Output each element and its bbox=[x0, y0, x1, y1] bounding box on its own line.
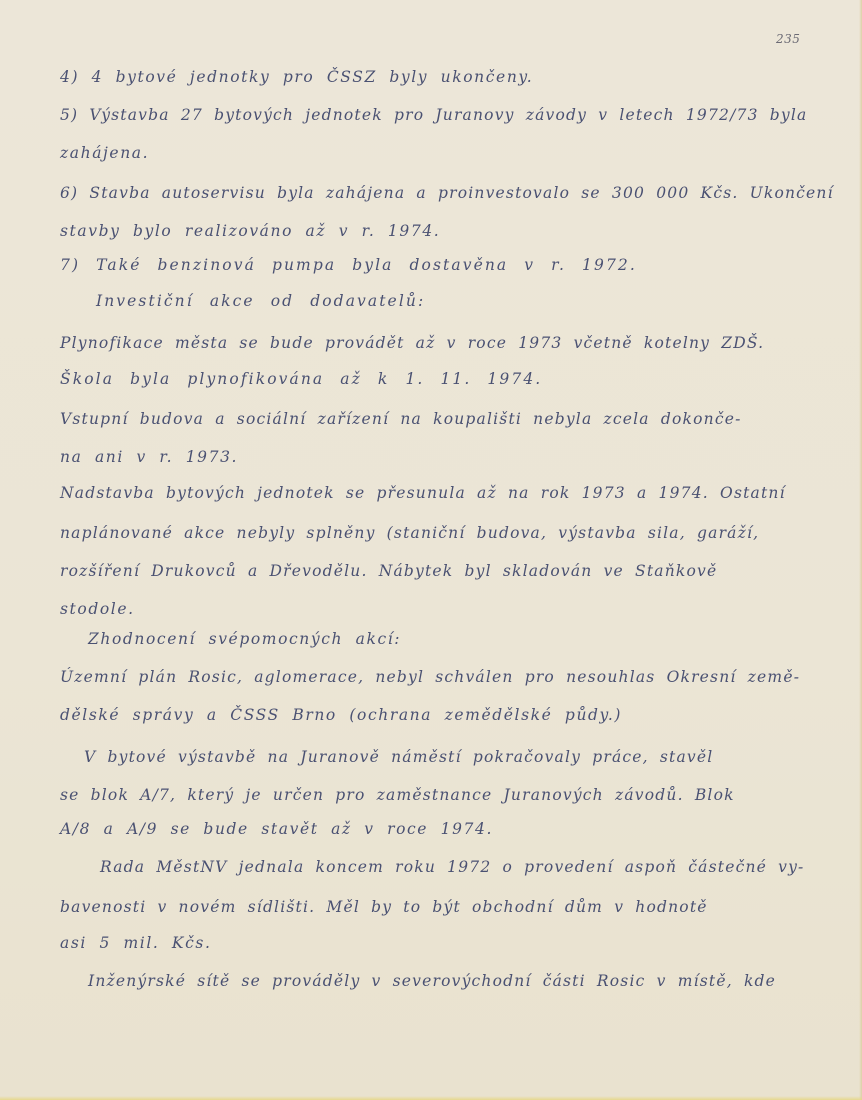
chronicle-page: 235 4) 4 bytové jednotky pro ČSSZ byly u… bbox=[0, 0, 862, 1100]
page-number: 235 bbox=[776, 32, 800, 46]
text-line: naplánované akce nebyly splněny (staničn… bbox=[60, 524, 759, 542]
text-line: Škola byla plynofikována až k 1. 11. 197… bbox=[60, 370, 542, 388]
section-heading-self-help: Zhodnocení svépomocných akcí: bbox=[88, 630, 401, 648]
text-line: asi 5 mil. Kčs. bbox=[60, 934, 211, 952]
text-line-item-6: 6) Stavba autoservisu byla zahájena a pr… bbox=[60, 184, 834, 202]
text-line-paragraph-start: Inženýrské sítě se prováděly v severovýc… bbox=[88, 972, 776, 990]
text-line: stavby bylo realizováno až v r. 1974. bbox=[60, 222, 440, 240]
text-line: Nadstavba bytových jednotek se přesunula… bbox=[60, 484, 786, 502]
text-line: se blok A/7, který je určen pro zaměstna… bbox=[60, 786, 735, 804]
text-line: Plynofikace města se bude provádět až v … bbox=[60, 334, 764, 352]
text-line: stodole. bbox=[60, 600, 135, 618]
text-line: dělské správy a ČSSS Brno (ochrana zeměd… bbox=[60, 706, 622, 724]
page-edge-bottom bbox=[0, 1096, 862, 1100]
text-line-paragraph-start: Rada MěstNV jednala koncem roku 1972 o p… bbox=[100, 858, 804, 876]
text-line-item-5: 5) Výstavba 27 bytových jednotek pro Jur… bbox=[60, 106, 807, 124]
text-line: zahájena. bbox=[60, 144, 149, 162]
text-line: A/8 a A/9 se bude stavět až v roce 1974. bbox=[60, 820, 493, 838]
text-line: bavenosti v novém sídlišti. Měl by to bý… bbox=[60, 898, 708, 916]
text-line-item-7: 7) Také benzinová pumpa byla dostavěna v… bbox=[60, 256, 637, 274]
text-line: rozšíření Drukovců a Dřevodělu. Nábytek … bbox=[60, 562, 717, 580]
text-line-item-4: 4) 4 bytové jednotky pro ČSSZ byly ukonč… bbox=[60, 68, 533, 86]
section-heading-investment: Investiční akce od dodavatelů: bbox=[96, 292, 425, 310]
text-line: Územní plán Rosic, aglomerace, nebyl sch… bbox=[60, 668, 800, 686]
text-line: Vstupní budova a sociální zařízení na ko… bbox=[60, 410, 742, 428]
text-line: na ani v r. 1973. bbox=[60, 448, 238, 466]
text-line-paragraph-start: V bytové výstavbě na Juranově náměstí po… bbox=[84, 748, 713, 766]
